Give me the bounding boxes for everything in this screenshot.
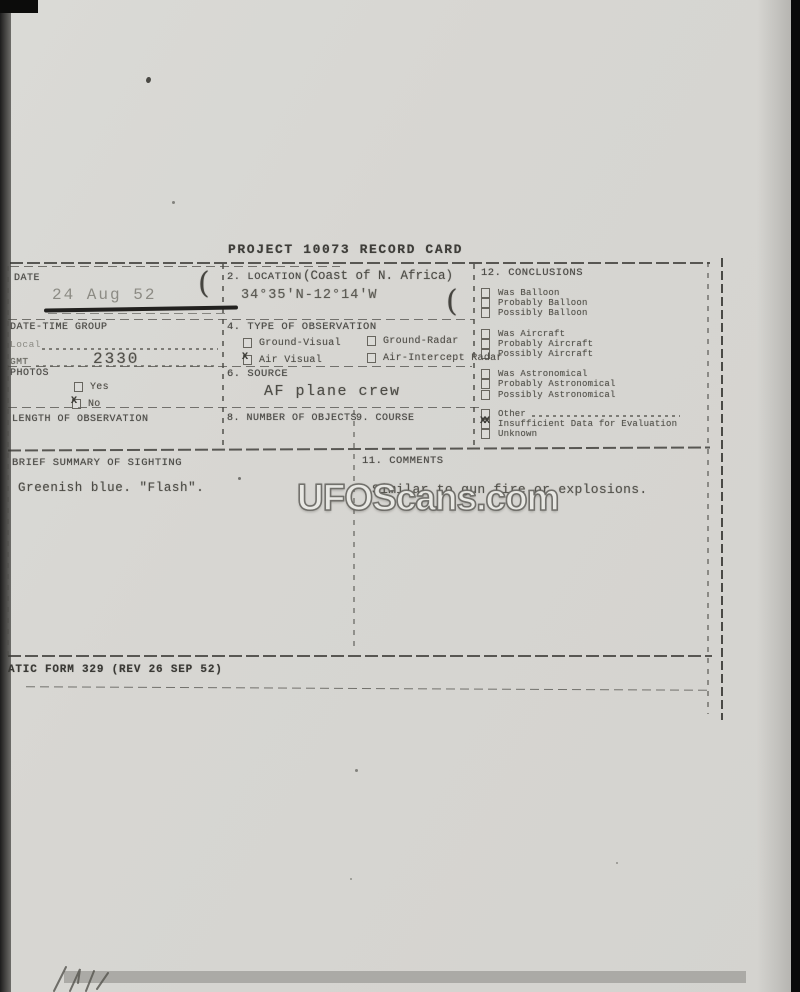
conclusion-option: Was Balloon [481,288,716,298]
checkbox [481,298,490,308]
location-value: 34°35'N-12°14'W [241,288,378,303]
photos-label: PHOTOS [10,368,49,379]
checkbox [481,308,490,318]
scan-bottom-band [64,971,746,983]
photos-option-yes: Yes [74,382,109,393]
source-label: 6. SOURCE [227,368,288,380]
card-rule-vertical [7,266,9,656]
conclusion-option: Possibly Balloon [481,308,716,318]
card-rule [8,319,474,320]
card-title: PROJECT 10073 RECORD CARD [228,242,463,257]
type-of-observation-label: 4. TYPE OF OBSERVATION [227,321,377,333]
photos-option-no: X No [72,399,101,410]
date-value: 24 Aug 52 [52,286,156,304]
checkbox: XX [481,419,490,429]
ink-speck [616,862,618,864]
checkbox: X [243,355,252,365]
obs-option-air-intercept-radar: Air-Intercept Radar [367,353,503,364]
conclusion-option: Probably Balloon [481,298,716,308]
handwriting-mark [42,963,122,992]
obs-option-ground-radar: Ground-Radar [367,336,459,347]
conclusion-option: Possibly Aircraft [481,349,716,359]
conclusion-option: XX Insufficient Data for Evaluation [481,419,716,429]
conclusion-option-other: Other [481,409,716,419]
form-number-line: ATIC FORM 329 (REV 26 SEP 52) [8,664,223,676]
obs-option-air-visual: X Air Visual [243,355,322,366]
conclusions-label: 12. CONCLUSIONS [481,267,716,279]
location-note: (Coast of N. Africa) [303,269,453,283]
scanned-document-page: PROJECT 10073 RECORD CARD DATE 24 Aug 52… [0,0,800,992]
conclusions-list: Was Balloon Probably Balloon Possibly Ba… [481,288,716,439]
gmt-label: GMT [10,356,29,367]
checkbox [481,429,490,439]
card-rule-vertical [721,258,723,720]
conclusion-option: Possibly Astronomical [481,390,716,400]
ink-speck [172,201,175,204]
checkbox [481,379,490,389]
ink-speck [145,76,153,84]
checkbox [481,390,490,400]
location-paren-left: ( [198,266,210,301]
date-label: DATE [14,273,40,284]
card-rule [10,266,340,267]
checkbox [367,353,376,363]
location-paren-right: ( [446,284,458,319]
checkbox: X [72,399,81,409]
summary-value: Greenish blue. "Flash". [18,481,204,495]
location-label: 2. LOCATION [227,271,302,283]
card-rule [8,655,712,657]
number-of-objects-label: 8. NUMBER OF OBJECTS [227,413,357,424]
conclusion-option: Unknown [481,429,716,439]
checkbox [74,382,83,392]
card-rule-vertical [353,410,355,652]
conclusion-option: Probably Aircraft [481,339,716,349]
card-rule-vertical [222,264,224,448]
date-underline-2 [48,313,230,314]
conclusions-section: 12. CONCLUSIONS Was Balloon Probably Bal… [481,267,716,439]
card-rule [26,686,712,691]
date-underline [44,305,238,312]
gmt-fill-line [36,365,218,367]
source-value: AF plane crew [264,383,401,400]
checkbox [481,369,490,379]
card-rule [10,262,710,264]
length-of-observation-label: LENGTH OF OBSERVATION [12,414,149,425]
checkbox [481,329,490,339]
conclusion-option: Probably Astronomical [481,379,716,389]
conclusion-option: Was Astronomical [481,369,716,379]
checkbox [243,338,252,348]
ink-speck [355,769,358,772]
card-rule [8,446,710,451]
record-card: PROJECT 10073 RECORD CARD DATE 24 Aug 52… [0,236,800,706]
course-label: 9. COURSE [356,413,415,424]
checkbox [481,339,490,349]
comments-label: 11. COMMENTS [362,455,444,467]
scan-edge-top-left-block [0,0,38,13]
watermark: UFOScans.com [297,477,558,519]
local-label: Local [10,339,41,350]
date-time-group-label: DATE-TIME GROUP [10,322,108,333]
checkbox [367,336,376,346]
ink-speck [350,878,352,880]
other-fill-line [532,415,680,417]
obs-option-ground-visual: Ground-Visual [243,338,341,349]
conclusion-option: Was Aircraft [481,329,716,339]
brief-summary-label: BRIEF SUMMARY OF SIGHTING [12,457,182,469]
checkbox [481,288,490,298]
